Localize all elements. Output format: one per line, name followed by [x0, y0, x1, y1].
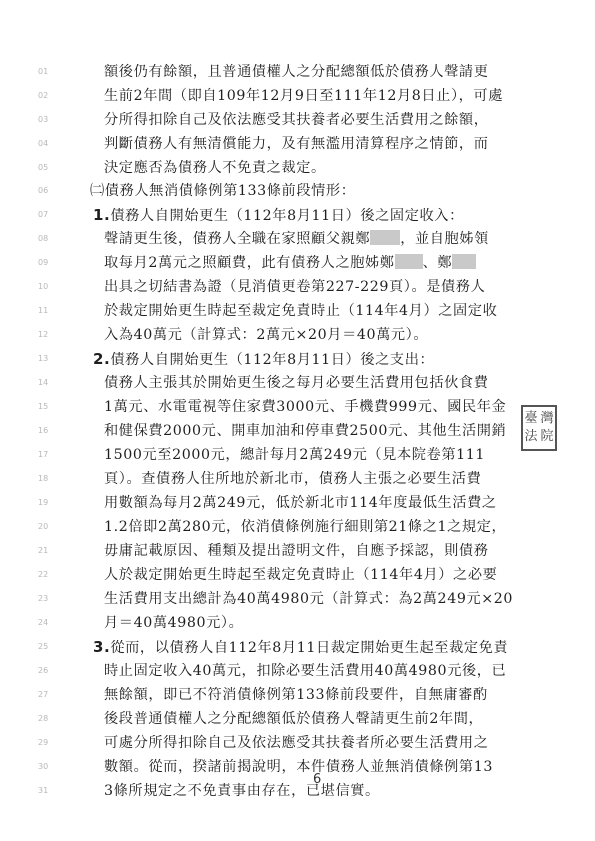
text-segment: ，並自胞姊領 — [400, 231, 489, 247]
line-number: 30 — [38, 762, 58, 771]
document-line: 21 毋庸記載原因、種類及提出證明文件，自應予採認，則債務 — [0, 541, 595, 565]
numbered-item-heading: 13 2.債務人自開始更生（112年8月11日）後之支出： — [0, 349, 595, 373]
line-text: 毋庸記載原因、種類及提出證明文件，自應予採認，則債務 — [104, 541, 488, 561]
document-line: 03 分所得扣除自己及依法應受其扶養者必要生活費用之餘額， — [0, 110, 595, 134]
document-line: 18 頁）。查債務人住所地於新北市，債務人主張之必要生活費 — [0, 469, 595, 493]
document-line: 31 3條所規定之不免責事由存在，已堪信實。 — [0, 781, 595, 805]
line-text: 1.2倍即2萬280元，依消債條例施行細則第21條之1之規定， — [104, 517, 506, 537]
numbered-item-heading: 07 1.債務人自開始更生（112年8月11日）後之固定收入： — [0, 205, 595, 229]
seal-char: 臺 — [523, 410, 539, 428]
line-number: 26 — [38, 666, 58, 675]
document-line: 29 可處分所得扣除自己及依法應受其扶養者所必要生活費用之 — [0, 733, 595, 757]
line-text: 數額。從而，揆諸前揭說明，本件債務人並無消債條例第13 — [104, 757, 493, 777]
line-text: 取每月2萬元之照顧費，此有債務人之胞姊鄭、鄭 — [104, 253, 476, 273]
document-line: 14 債務人主張其於開始更生後之每月必要生活費用包括伙食費 — [0, 373, 595, 397]
line-number: 10 — [38, 282, 58, 291]
line-number: 22 — [38, 570, 58, 579]
seal-char: 法 — [523, 428, 539, 446]
page-number: 6 — [313, 772, 321, 787]
line-text: 額後仍有餘額，且普通債權人之分配總額低於債務人聲請更 — [104, 62, 488, 82]
line-text: 後段普通債權人之分配總額低於債務人聲請更生前2年間， — [104, 709, 483, 729]
document-line: 30 數額。從而，揆諸前揭說明，本件債務人並無消債條例第13 — [0, 757, 595, 781]
line-text: 頁）。查債務人住所地於新北市，債務人主張之必要生活費 — [104, 469, 481, 489]
line-number: 05 — [38, 163, 58, 172]
document-line: 23 生活費用支出總計為40萬4980元（計算式：為2萬249元×20 — [0, 589, 595, 613]
line-number: 25 — [38, 642, 58, 651]
document-line: 22 人於裁定開始更生時起至裁定免責時止（114年4月）之必要 — [0, 565, 595, 589]
line-number: 02 — [38, 91, 58, 100]
line-text: 決定應否為債務人不免責之裁定。 — [104, 158, 326, 178]
document-line: 24 月＝40萬4980元）。 — [0, 613, 595, 637]
line-number: 16 — [38, 426, 58, 435]
line-text: 判斷債務人有無清償能力，及有無濫用清算程序之情節，而 — [104, 134, 488, 154]
line-text: 分所得扣除自己及依法應受其扶養者必要生活費用之餘額， — [104, 110, 488, 130]
line-text: 無餘額，即已不符消債條例第133條前段要件，自無庸審酌 — [104, 685, 488, 705]
line-number: 31 — [38, 786, 58, 795]
document-page: 01 額後仍有餘額，且普通債權人之分配總額低於債務人聲請更 02 生前2年間（即… — [0, 0, 595, 841]
line-number: 14 — [38, 378, 58, 387]
text-segment: 、鄭 — [423, 255, 453, 271]
text-segment: 取每月2萬元之照顧費，此有債務人之胞姊鄭 — [104, 255, 395, 271]
line-number: 06 — [38, 186, 58, 195]
line-number: 18 — [38, 474, 58, 483]
document-line: 09 取每月2萬元之照顧費，此有債務人之胞姊鄭、鄭 — [0, 253, 595, 277]
line-number: 19 — [38, 498, 58, 507]
line-number: 09 — [38, 258, 58, 267]
document-line: 11 於裁定開始更生時起至裁定免責時止（114年4月）之固定收 — [0, 301, 595, 325]
line-text: 月＝40萬4980元）。 — [104, 613, 243, 633]
item-text: 從而，以債務人自112年8月11日裁定開始更生起至裁定免責 — [110, 640, 508, 656]
document-line: 17 1500元至2000元，總計每月2萬249元（見本院卷第111 — [0, 445, 595, 469]
seal-char: 院 — [539, 428, 555, 446]
document-line: 04 判斷債務人有無清償能力，及有無濫用清算程序之情節，而 — [0, 134, 595, 158]
document-line: 01 額後仍有餘額，且普通債權人之分配總額低於債務人聲請更 — [0, 62, 595, 86]
line-number: 08 — [38, 234, 58, 243]
line-text: 生活費用支出總計為40萬4980元（計算式：為2萬249元×20 — [104, 589, 513, 609]
line-number: 11 — [38, 306, 58, 315]
line-text: 和健保費2000元、開車加油和停車費2500元、其他生活開銷 — [104, 421, 506, 441]
item-marker: 3. — [93, 638, 110, 656]
court-seal: 臺 灣 法 院 — [521, 405, 557, 451]
numbered-item-heading: 25 3.從而，以債務人自112年8月11日裁定開始更生起至裁定免責 — [0, 637, 595, 661]
item-text: 債務人自開始更生（112年8月11日）後之支出： — [110, 352, 434, 368]
document-line: 26 時止固定收入40萬元，扣除必要生活費用40萬4980元後，已 — [0, 661, 595, 685]
document-line: 12 入為40萬元（計算式：2萬元×20月＝40萬元）。 — [0, 325, 595, 349]
line-text: 聲請更生後，債務人全職在家照顧父親鄭，並自胞姊領 — [104, 229, 489, 249]
document-line: 20 1.2倍即2萬280元，依消債條例施行細則第21條之1之規定， — [0, 517, 595, 541]
line-number: 29 — [38, 738, 58, 747]
line-text: 1萬元、水電電視等住家費3000元、手機費999元、國民年金 — [104, 397, 506, 417]
item-marker: 2. — [93, 350, 110, 368]
item-marker: 1. — [93, 206, 110, 224]
document-line: 08 聲請更生後，債務人全職在家照顧父親鄭，並自胞姊領 — [0, 229, 595, 253]
redacted-name — [395, 254, 423, 269]
line-text: 出具之切結書為證（見消債更卷第227-229頁）。是債務人 — [104, 277, 485, 297]
line-text: 入為40萬元（計算式：2萬元×20月＝40萬元）。 — [104, 325, 428, 345]
line-number: 17 — [38, 450, 58, 459]
line-number: 01 — [38, 67, 58, 76]
line-text: 時止固定收入40萬元，扣除必要生活費用40萬4980元後，已 — [104, 661, 506, 681]
line-text: 生前2年間（即自109年12月9日至111年12月8日止），可處 — [104, 86, 503, 106]
line-number: 15 — [38, 402, 58, 411]
document-line: 27 無餘額，即已不符消債條例第133條前段要件，自無庸審酌 — [0, 685, 595, 709]
line-text: 用數額為每月2萬249元，低於新北市114年度最低生活費之 — [104, 493, 497, 513]
document-line: 10 出具之切結書為證（見消債更卷第227-229頁）。是債務人 — [0, 277, 595, 301]
document-line: 16 和健保費2000元、開車加油和停車費2500元、其他生活開銷 — [0, 421, 595, 445]
line-number: 07 — [38, 210, 58, 219]
line-text: 於裁定開始更生時起至裁定免責時止（114年4月）之固定收 — [104, 301, 497, 321]
line-number: 21 — [38, 546, 58, 555]
redacted-name — [452, 254, 476, 269]
item-heading: 3.從而，以債務人自112年8月11日裁定開始更生起至裁定免責 — [93, 637, 508, 658]
document-line: 28 後段普通債權人之分配總額低於債務人聲請更生前2年間， — [0, 709, 595, 733]
line-text: 人於裁定開始更生時起至裁定免責時止（114年4月）之必要 — [104, 565, 497, 585]
document-line: 02 生前2年間（即自109年12月9日至111年12月8日止），可處 — [0, 86, 595, 110]
item-heading: 1.債務人自開始更生（112年8月11日）後之固定收入： — [93, 205, 464, 226]
line-text: 債務人主張其於開始更生後之每月必要生活費用包括伙食費 — [104, 373, 488, 393]
line-number: 04 — [38, 139, 58, 148]
line-number: 12 — [38, 330, 58, 339]
line-number: 28 — [38, 714, 58, 723]
document-line: 15 1萬元、水電電視等住家費3000元、手機費999元、國民年金 — [0, 397, 595, 421]
line-number: 23 — [38, 594, 58, 603]
document-line: 19 用數額為每月2萬249元，低於新北市114年度最低生活費之 — [0, 493, 595, 517]
line-number: 24 — [38, 618, 58, 627]
heading-text: ㈡債務人無消債條例第133條前段情形： — [90, 181, 355, 201]
text-segment: 聲請更生後，債務人全職在家照顧父親鄭 — [104, 231, 370, 247]
line-number: 20 — [38, 522, 58, 531]
line-text: 可處分所得扣除自己及依法應受其扶養者所必要生活費用之 — [104, 733, 488, 753]
seal-char: 灣 — [539, 410, 555, 428]
document-line: 05 決定應否為債務人不免責之裁定。 — [0, 158, 595, 182]
line-number: 03 — [38, 115, 58, 124]
line-number: 13 — [38, 354, 58, 363]
section-heading: 06 ㈡債務人無消債條例第133條前段情形： — [0, 181, 595, 205]
line-text: 3條所規定之不免責事由存在，已堪信實。 — [104, 781, 380, 801]
line-number: 27 — [38, 690, 58, 699]
item-text: 債務人自開始更生（112年8月11日）後之固定收入： — [110, 208, 464, 224]
redacted-name — [370, 230, 400, 245]
line-text: 1500元至2000元，總計每月2萬249元（見本院卷第111 — [104, 445, 485, 465]
item-heading: 2.債務人自開始更生（112年8月11日）後之支出： — [93, 349, 434, 370]
